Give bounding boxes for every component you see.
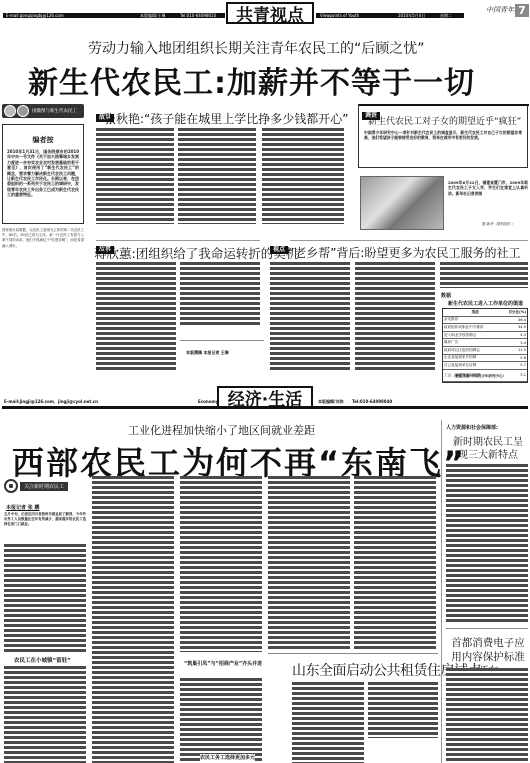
economy-col3b bbox=[180, 678, 262, 763]
story3-col2 bbox=[355, 262, 435, 372]
table-row: 政府或社区组织招聘会11.5 bbox=[443, 346, 527, 354]
table-cell: 11.5 bbox=[507, 346, 527, 354]
table-source: （数据来源:中国青少年研究中心） bbox=[452, 374, 506, 379]
economy-tel: Tel:010-64098040 bbox=[352, 399, 392, 404]
table-cell: 3.1 bbox=[507, 369, 527, 381]
economy-col1b bbox=[4, 666, 86, 763]
table-cell: 自己直接到单位应聘 bbox=[443, 362, 507, 370]
editor-note-box: 编者按 2010年1月31日，国务院颁布的2010年中央一号文件《关于加大统筹城… bbox=[2, 124, 84, 224]
economy-col5 bbox=[354, 476, 436, 650]
intro-text: 国家统计局数据，以农民工进城为主体的第二代农民工中，80后、90后已成为主体。新… bbox=[2, 228, 84, 368]
bottom-col2 bbox=[368, 682, 438, 738]
top-tel: Tel:010-64098010 bbox=[180, 13, 216, 18]
story2-end-rule bbox=[180, 340, 264, 341]
table-cell: 36.4 bbox=[507, 316, 527, 324]
table-row: 政府组织或职业中介推荐34.5 bbox=[443, 324, 527, 332]
table-cell: 政府或社区组织招聘会 bbox=[443, 346, 507, 354]
economy-byline: 本报记者 张 鹏 bbox=[6, 504, 39, 511]
survey-title: 新生代农民工对子女的期望近乎“疯狂” bbox=[368, 114, 521, 127]
story3-col1 bbox=[270, 262, 350, 372]
economy-subhead-3: 农民工务工选择更加多元 bbox=[200, 754, 255, 761]
children-classroom-photo bbox=[360, 176, 444, 230]
economy-subhead-2: “筑巢引凤”与“招商产业”齐头并进 bbox=[184, 660, 262, 667]
table-row: 进入职业学校招聘会4.5 bbox=[443, 331, 527, 339]
table-row: 自己直接到单位应聘5.7 bbox=[443, 362, 527, 370]
survey-top-rule bbox=[359, 104, 529, 106]
table-tag: 数据 bbox=[441, 292, 451, 299]
top-headline: 新生代农民工:加薪并不等于一切 bbox=[28, 58, 475, 102]
story2-title: 蒋欣蕙:团组织给了我命运转折的契机 bbox=[94, 244, 298, 262]
story3-col3 bbox=[440, 262, 528, 288]
table-cell: 媒体广告 bbox=[443, 339, 507, 347]
channels-table: 渠道百分比(%) 亲友推荐36.4 政府组织或职业中介推荐34.5 进入职业学校… bbox=[442, 308, 528, 383]
emblem-icon bbox=[4, 105, 16, 117]
table-row: 亲友推荐36.4 bbox=[443, 316, 527, 324]
top-email: E-mail:gongqingbj@126.com bbox=[6, 13, 64, 18]
economy-lead-text: 五月中旬，记者在四川省彭州市就业局了解到，今年外出务工人员数量比往年有所减少，越… bbox=[4, 512, 86, 542]
issue-weekday: 星期二 bbox=[440, 13, 452, 18]
table-cell: 34.5 bbox=[507, 324, 527, 332]
table-cell: 企业直接到家乡招聘 bbox=[443, 354, 507, 362]
economy-sidebar-logo: 关注新时期农民工 bbox=[4, 478, 86, 494]
story2-col1 bbox=[96, 262, 176, 370]
table-cell: 进入职业学校招聘会 bbox=[443, 331, 507, 339]
section-en: Viewpoints of Youth bbox=[320, 13, 359, 18]
economy-subhead-1: 农民工在小城镇“留驻” bbox=[14, 656, 71, 664]
table-title: 新生代农民工进入工作单位的渠道 bbox=[448, 300, 523, 307]
economy-kicker: 工业化进程加快缩小了地区间就业差距 bbox=[128, 422, 315, 438]
emblem-icon-2 bbox=[17, 105, 29, 117]
economy-section-en: Economy bbox=[198, 399, 218, 404]
side-story1-col bbox=[446, 464, 528, 624]
section-title: 共青视点 bbox=[236, 1, 304, 26]
table-cell: 3.4 bbox=[507, 339, 527, 347]
economy-email: E-mail:jingji@126.com，jingji@cyol.net.cn bbox=[4, 399, 98, 405]
table-cell: 5.6 bbox=[507, 354, 527, 362]
top-kicker: 劳动力输入地团组织长期关注青年农民工的“后顾之忧” bbox=[88, 38, 425, 58]
table-header-row: 渠道百分比(%) bbox=[443, 309, 527, 316]
story3-tag-label: 视点 bbox=[270, 246, 288, 254]
issue-date: 2010年5月4日 bbox=[398, 13, 425, 18]
right-sidebar-rule bbox=[441, 420, 442, 763]
story1-col1 bbox=[96, 128, 174, 224]
table-header-cell: 百分比(%) bbox=[507, 309, 527, 316]
side-story2-col bbox=[446, 668, 528, 763]
economy-col2 bbox=[92, 476, 174, 763]
sidebar-logo-banner: 国徽图与新生代农民工 bbox=[2, 104, 84, 118]
top-editor: 本版编辑/王琳 bbox=[140, 13, 165, 18]
story1-col2 bbox=[178, 128, 256, 224]
editor-note-text: 2010年1月31日，国务院颁布的2010年中央一号文件《关于加大统筹城乡发展力… bbox=[7, 149, 79, 221]
table-cell: 亲友推荐 bbox=[443, 316, 507, 324]
story3-rule bbox=[290, 240, 528, 241]
story1-title: 张秋艳:“孩子能在城里上学比挣多少钱都开心” bbox=[104, 110, 348, 127]
side-story1-title: 新时期农民工呈现三大新特点 bbox=[450, 436, 526, 462]
economy-editor: 本版编辑/刘伟 bbox=[318, 399, 343, 405]
story2-rule bbox=[96, 240, 260, 241]
survey-text: 中国青少年研究中心一项针对新生代农民工的调查显示，新生代农民工对自己子女的期望非… bbox=[364, 130, 522, 164]
economy-col3a bbox=[180, 476, 262, 652]
side-story1-intro: 人力资源和社会保障部: bbox=[446, 424, 498, 431]
target-crosshair-icon bbox=[4, 479, 18, 493]
side-story-divider bbox=[446, 628, 528, 629]
story2-col2 bbox=[180, 262, 260, 326]
story3-title: “老乡帮”背后:盼望更多为农民工服务的社工 bbox=[288, 244, 520, 261]
photo-caption: 2009年6月22日，福建省厦门市，2009年新生代农民工子女入学，学生们在课堂… bbox=[448, 180, 528, 220]
bottom-col1 bbox=[292, 682, 364, 763]
editor-note-title: 编者按 bbox=[7, 135, 79, 145]
byline-top: 本版撰稿 本报记者 王琳 bbox=[186, 350, 229, 356]
economy-sidebar-logo-text: 关注新时期农民工 bbox=[20, 482, 68, 491]
page-number: 7 bbox=[515, 4, 529, 17]
table-row: 媒体广告3.4 bbox=[443, 339, 527, 347]
economy-section-title: 经济·生活 bbox=[228, 385, 302, 410]
economy-section-box: 经济·生活 bbox=[217, 386, 313, 408]
story1-col3 bbox=[262, 128, 344, 224]
economy-col4 bbox=[268, 476, 350, 650]
photo-credit: 图 新华（资料图片） bbox=[482, 222, 515, 227]
story3-tag: 视点 bbox=[270, 236, 288, 255]
section-title-box: 共青视点 bbox=[226, 2, 314, 24]
table-cell: 4.5 bbox=[507, 331, 527, 339]
table-row: 企业直接到家乡招聘5.6 bbox=[443, 354, 527, 362]
table-cell: 5.7 bbox=[507, 362, 527, 370]
table-header-cell: 渠道 bbox=[443, 309, 507, 316]
sidebar-logo-text: 国徽图与新生代农民工 bbox=[32, 108, 77, 114]
economy-divider bbox=[268, 653, 438, 654]
table-cell: 政府组织或职业中介推荐 bbox=[443, 324, 507, 332]
economy-col1a bbox=[4, 544, 86, 654]
